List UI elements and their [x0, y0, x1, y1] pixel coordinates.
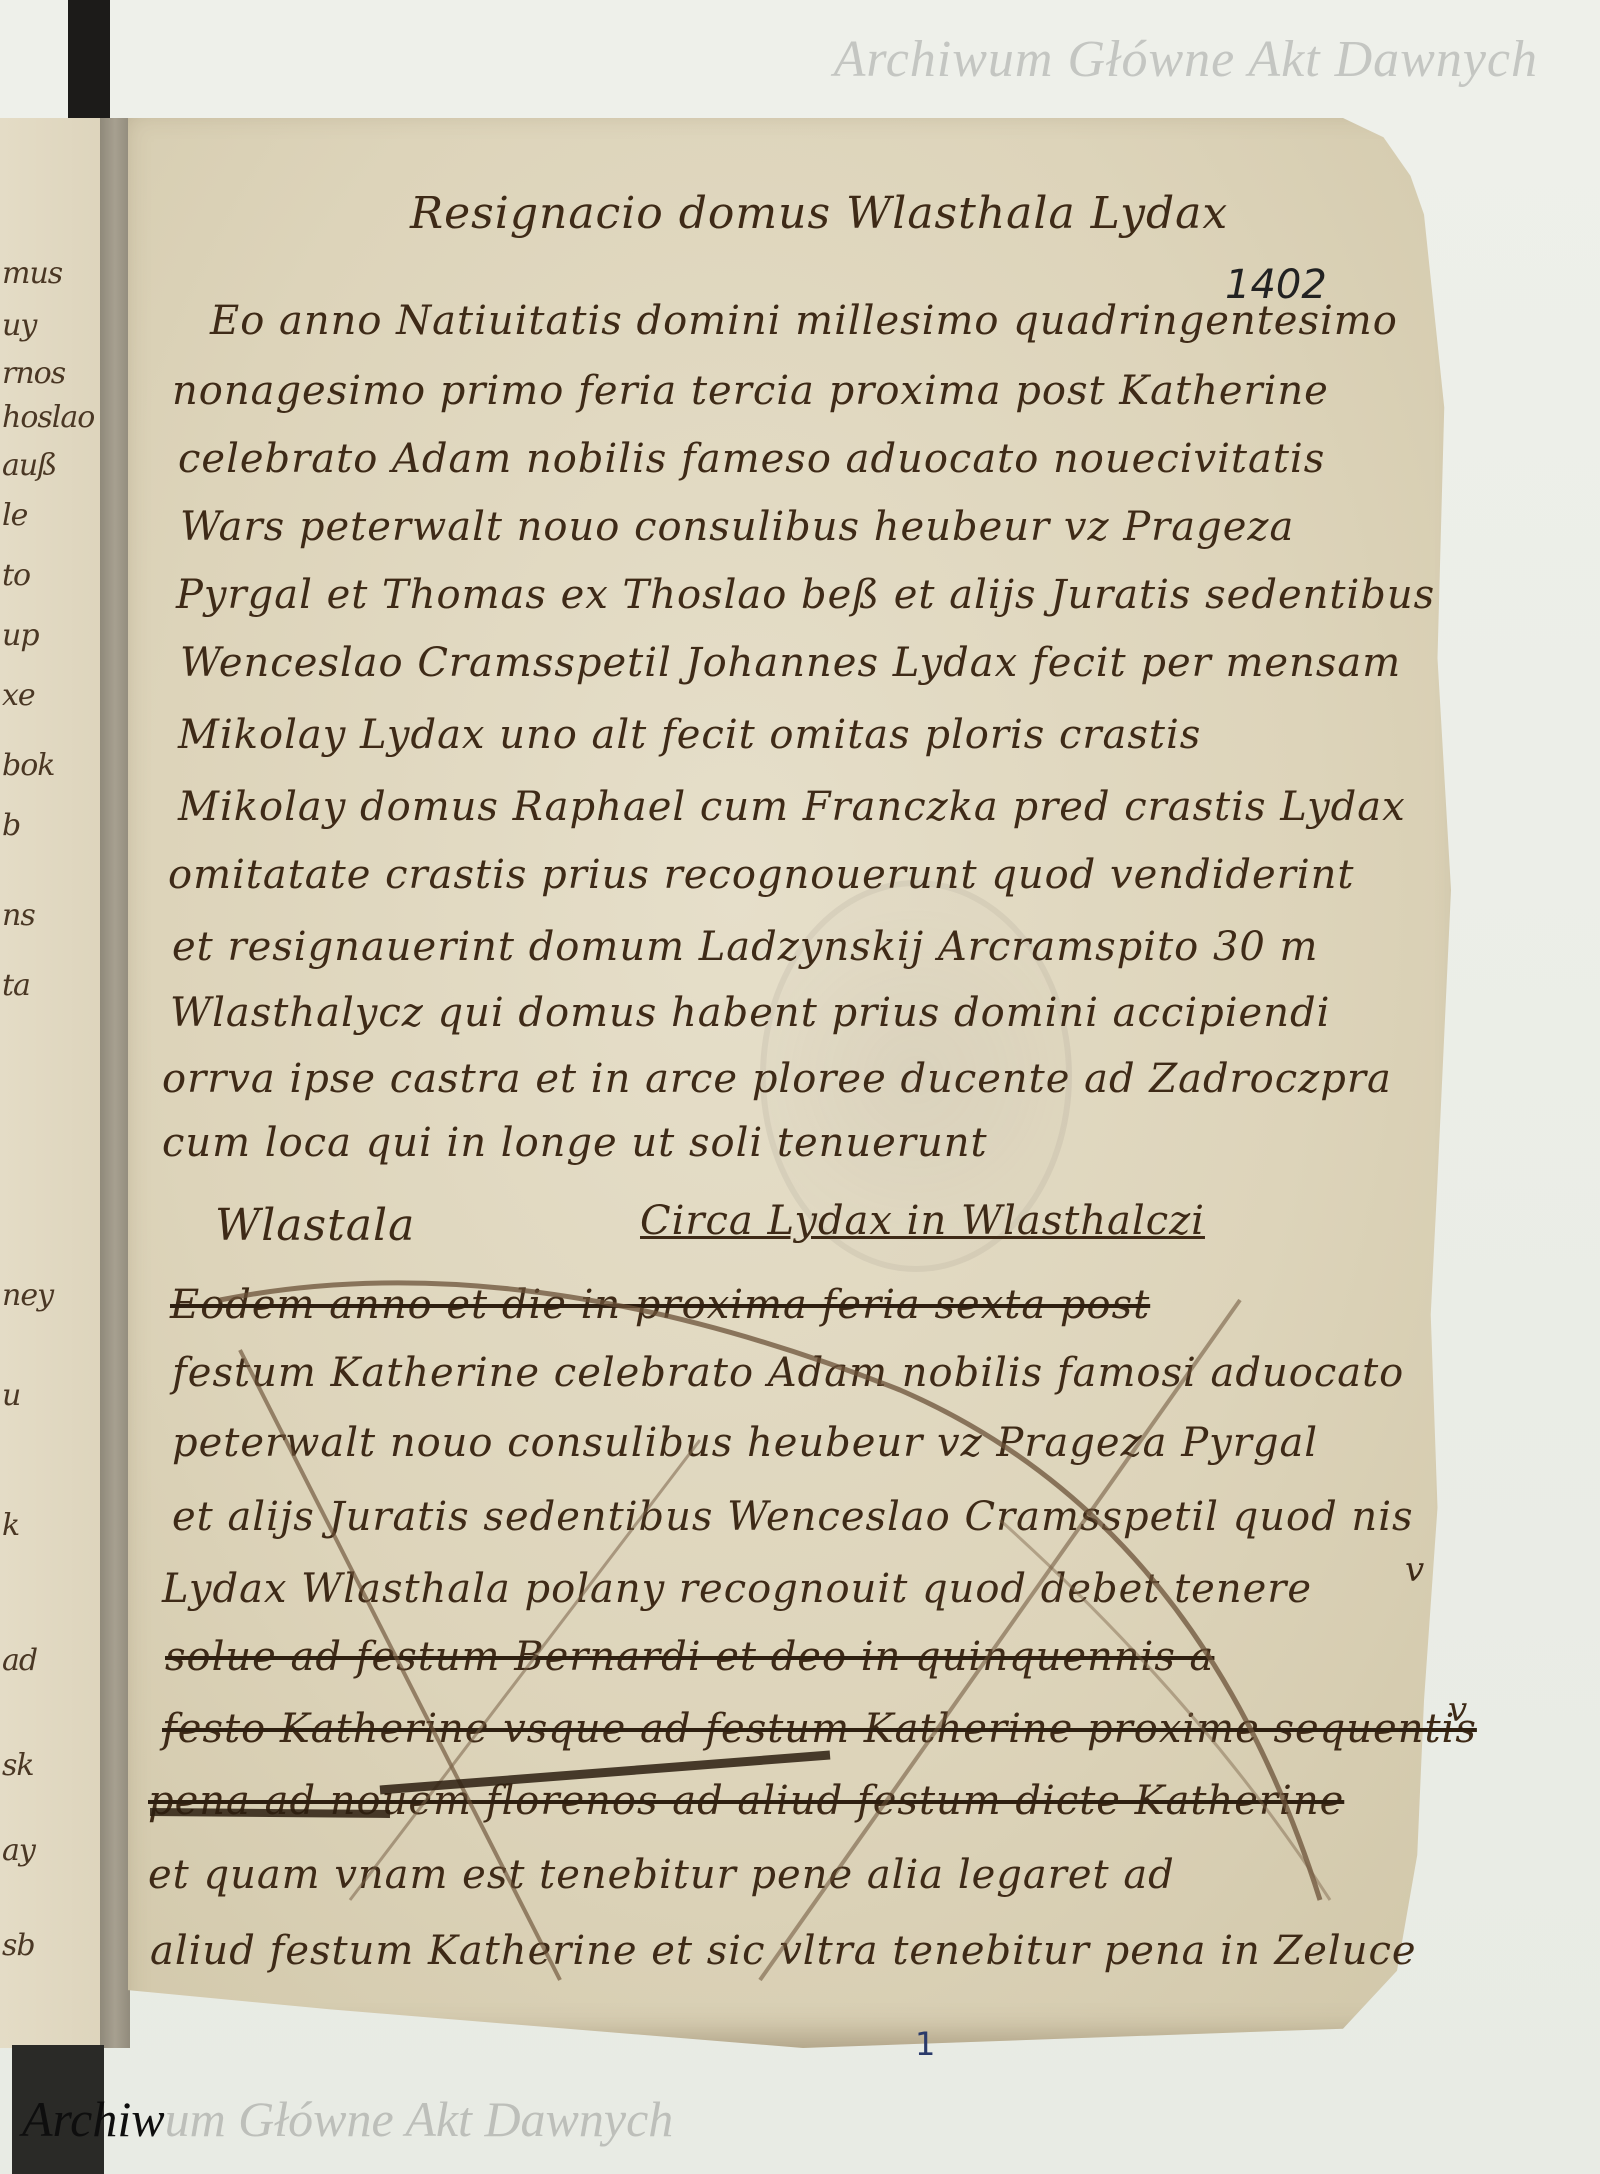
entry2-line: Eodem anno et die in proxima feria sexta… [170, 1282, 1150, 1328]
entry2-title: Circa Lydax in Wlasthalczi [640, 1198, 1205, 1244]
entry1-line: et resignauerint domum Ladzynskij Arcram… [172, 924, 1318, 970]
entry1-line: Mikolay Lydax uno alt fecit omitas plori… [178, 712, 1201, 758]
entry2-line: et quam vnam est tenebitur pene alia leg… [148, 1852, 1175, 1898]
entry2-line: peterwalt nouo consulibus heubeur vz Pra… [172, 1420, 1318, 1466]
entry2-line: aliud festum Katherine et sic vltra tene… [150, 1928, 1417, 1974]
watermark-part: um Główne Akt Dawnych [165, 2091, 674, 2147]
manuscript-text: Resignacio domus Wlasthala Lydax 1402 Eo… [0, 0, 1600, 2174]
entry2-line: et alijs Juratis sedentibus Wenceslao Cr… [172, 1494, 1414, 1540]
entry2-line: Lydax Wlasthala polany recognouit quod d… [162, 1566, 1312, 1612]
entry1-line: omitatate crastis prius recognouerunt qu… [168, 852, 1354, 898]
entry1-line: orrva ipse castra et in arce ploree duce… [162, 1056, 1392, 1102]
entry1-line: Wars peterwalt nouo consulibus heubeur v… [180, 504, 1294, 550]
entry1-line: cum loca qui in longe ut soli tenuerunt [162, 1120, 988, 1166]
archive-watermark: Archiwum Główne Akt Dawnych [834, 30, 1538, 89]
archive-watermark: Archiwum Główne Akt Dawnych [22, 2090, 673, 2148]
watermark-part: Archiw [22, 2091, 165, 2147]
folio-number: 1 [915, 2025, 935, 2063]
margin-check-mark: v [1405, 1550, 1425, 1590]
margin-check-mark: v [1448, 1690, 1468, 1730]
entry2-line: solue ad festum Bernardi et deo in quinq… [165, 1634, 1214, 1680]
entry1-line: Wlasthalycz qui domus habent prius domin… [170, 990, 1330, 1036]
entry1-line: celebrato Adam nobilis fameso aduocato n… [178, 436, 1325, 482]
document-title: Resignacio domus Wlasthala Lydax [410, 188, 1228, 239]
margin-label: Wlastala [215, 1200, 415, 1251]
entry1-line: Pyrgal et Thomas ex Thoslao beß et alijs… [176, 572, 1435, 618]
entry1-line: nonagesimo primo feria tercia proxima po… [172, 368, 1329, 414]
entry1-line: Mikolay domus Raphael cum Franczka pred … [178, 784, 1406, 830]
entry2-line: festo Katherine vsque ad festum Katherin… [162, 1706, 1477, 1752]
entry1-line: Eo anno Natiuitatis domini millesimo qua… [210, 298, 1398, 344]
entry2-line: pena ad nouem florenos ad aliud festum d… [148, 1778, 1344, 1824]
entry2-line: festum Katherine celebrato Adam nobilis … [172, 1350, 1404, 1396]
entry1-line: Wenceslao Cramsspetil Johannes Lydax fec… [180, 640, 1401, 686]
